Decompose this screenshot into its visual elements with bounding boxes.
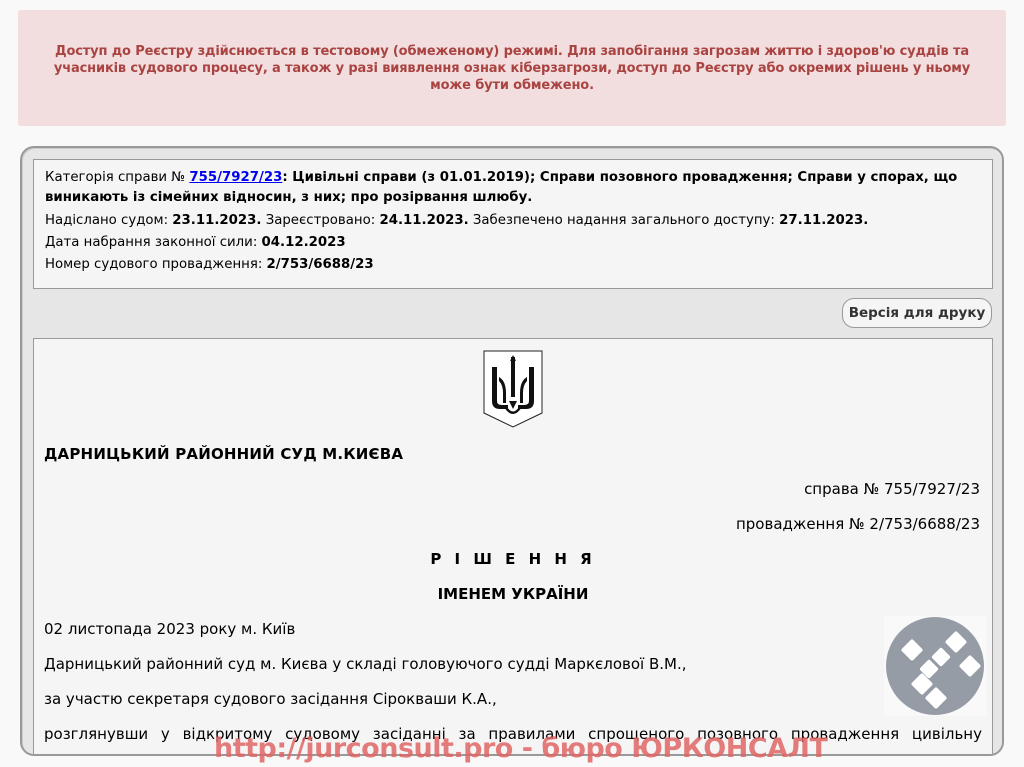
effective-date-row: Дата набрання законної сили: 04.12.2023 — [45, 232, 981, 254]
registry-access-alert: Доступ до Реєстру здійснюється в тестово… — [18, 10, 1006, 126]
sent-label: Надіслано судом: — [45, 213, 172, 228]
decision-document: ДАРНИЦЬКИЙ РАЙОННИЙ СУД М.КИЄВА справа №… — [33, 338, 993, 756]
public-access-label: Забезпечено надання загального доступу: — [469, 213, 780, 228]
alert-text: Доступ до Реєстру здійснюється в тестово… — [36, 43, 988, 94]
decision-title: Р І Ш Е Н Н Я — [44, 550, 982, 568]
decision-container: Категорія справи № 755/7927/23: Цивільні… — [20, 146, 1004, 756]
puzzle-pieces-logo-icon — [884, 616, 986, 716]
proceeding-reference: провадження № 2/753/6688/23 — [44, 515, 980, 533]
case-info-panel: Категорія справи № 755/7927/23: Цивільні… — [33, 159, 993, 289]
proceeding-number: 2/753/6688/23 — [267, 257, 374, 272]
paragraph-secretary: за участю секретаря судового засідання С… — [44, 690, 982, 708]
paragraph-court-composition: Дарницький районний суд м. Києва у склад… — [44, 655, 982, 673]
registered-label: Зареєстровано: — [261, 213, 379, 228]
public-access-date: 27.11.2023. — [779, 213, 868, 228]
sent-date: 23.11.2023. — [172, 213, 261, 228]
trident-coat-of-arms-icon — [482, 349, 544, 429]
proceeding-number-row: Номер судового провадження: 2/753/6688/2… — [45, 254, 981, 276]
case-reference: справа № 755/7927/23 — [44, 480, 980, 498]
case-dates: Надіслано судом: 23.11.2023. Зареєстрова… — [45, 210, 981, 232]
court-name: ДАРНИЦЬКИЙ РАЙОННИЙ СУД М.КИЄВА — [44, 445, 982, 463]
decision-subtitle: ІМЕНЕМ УКРАЇНИ — [44, 585, 982, 603]
case-category: Категорія справи № 755/7927/23: Цивільні… — [45, 168, 981, 208]
effective-label: Дата набрання законної сили: — [45, 235, 262, 250]
paragraph-date-place: 02 листопада 2023 року м. Київ — [44, 620, 982, 638]
case-number-link[interactable]: 755/7927/23 — [189, 170, 282, 185]
print-version-button[interactable]: Версія для друку — [842, 298, 992, 328]
proceeding-label: Номер судового провадження: — [45, 257, 267, 272]
registered-date: 24.11.2023. — [379, 213, 468, 228]
category-label: Категорія справи № — [45, 170, 189, 185]
effective-date: 04.12.2023 — [262, 235, 346, 250]
watermark-text: http://jurconsult.pro - бюро ЮРКОНСАЛТ — [214, 733, 827, 764]
